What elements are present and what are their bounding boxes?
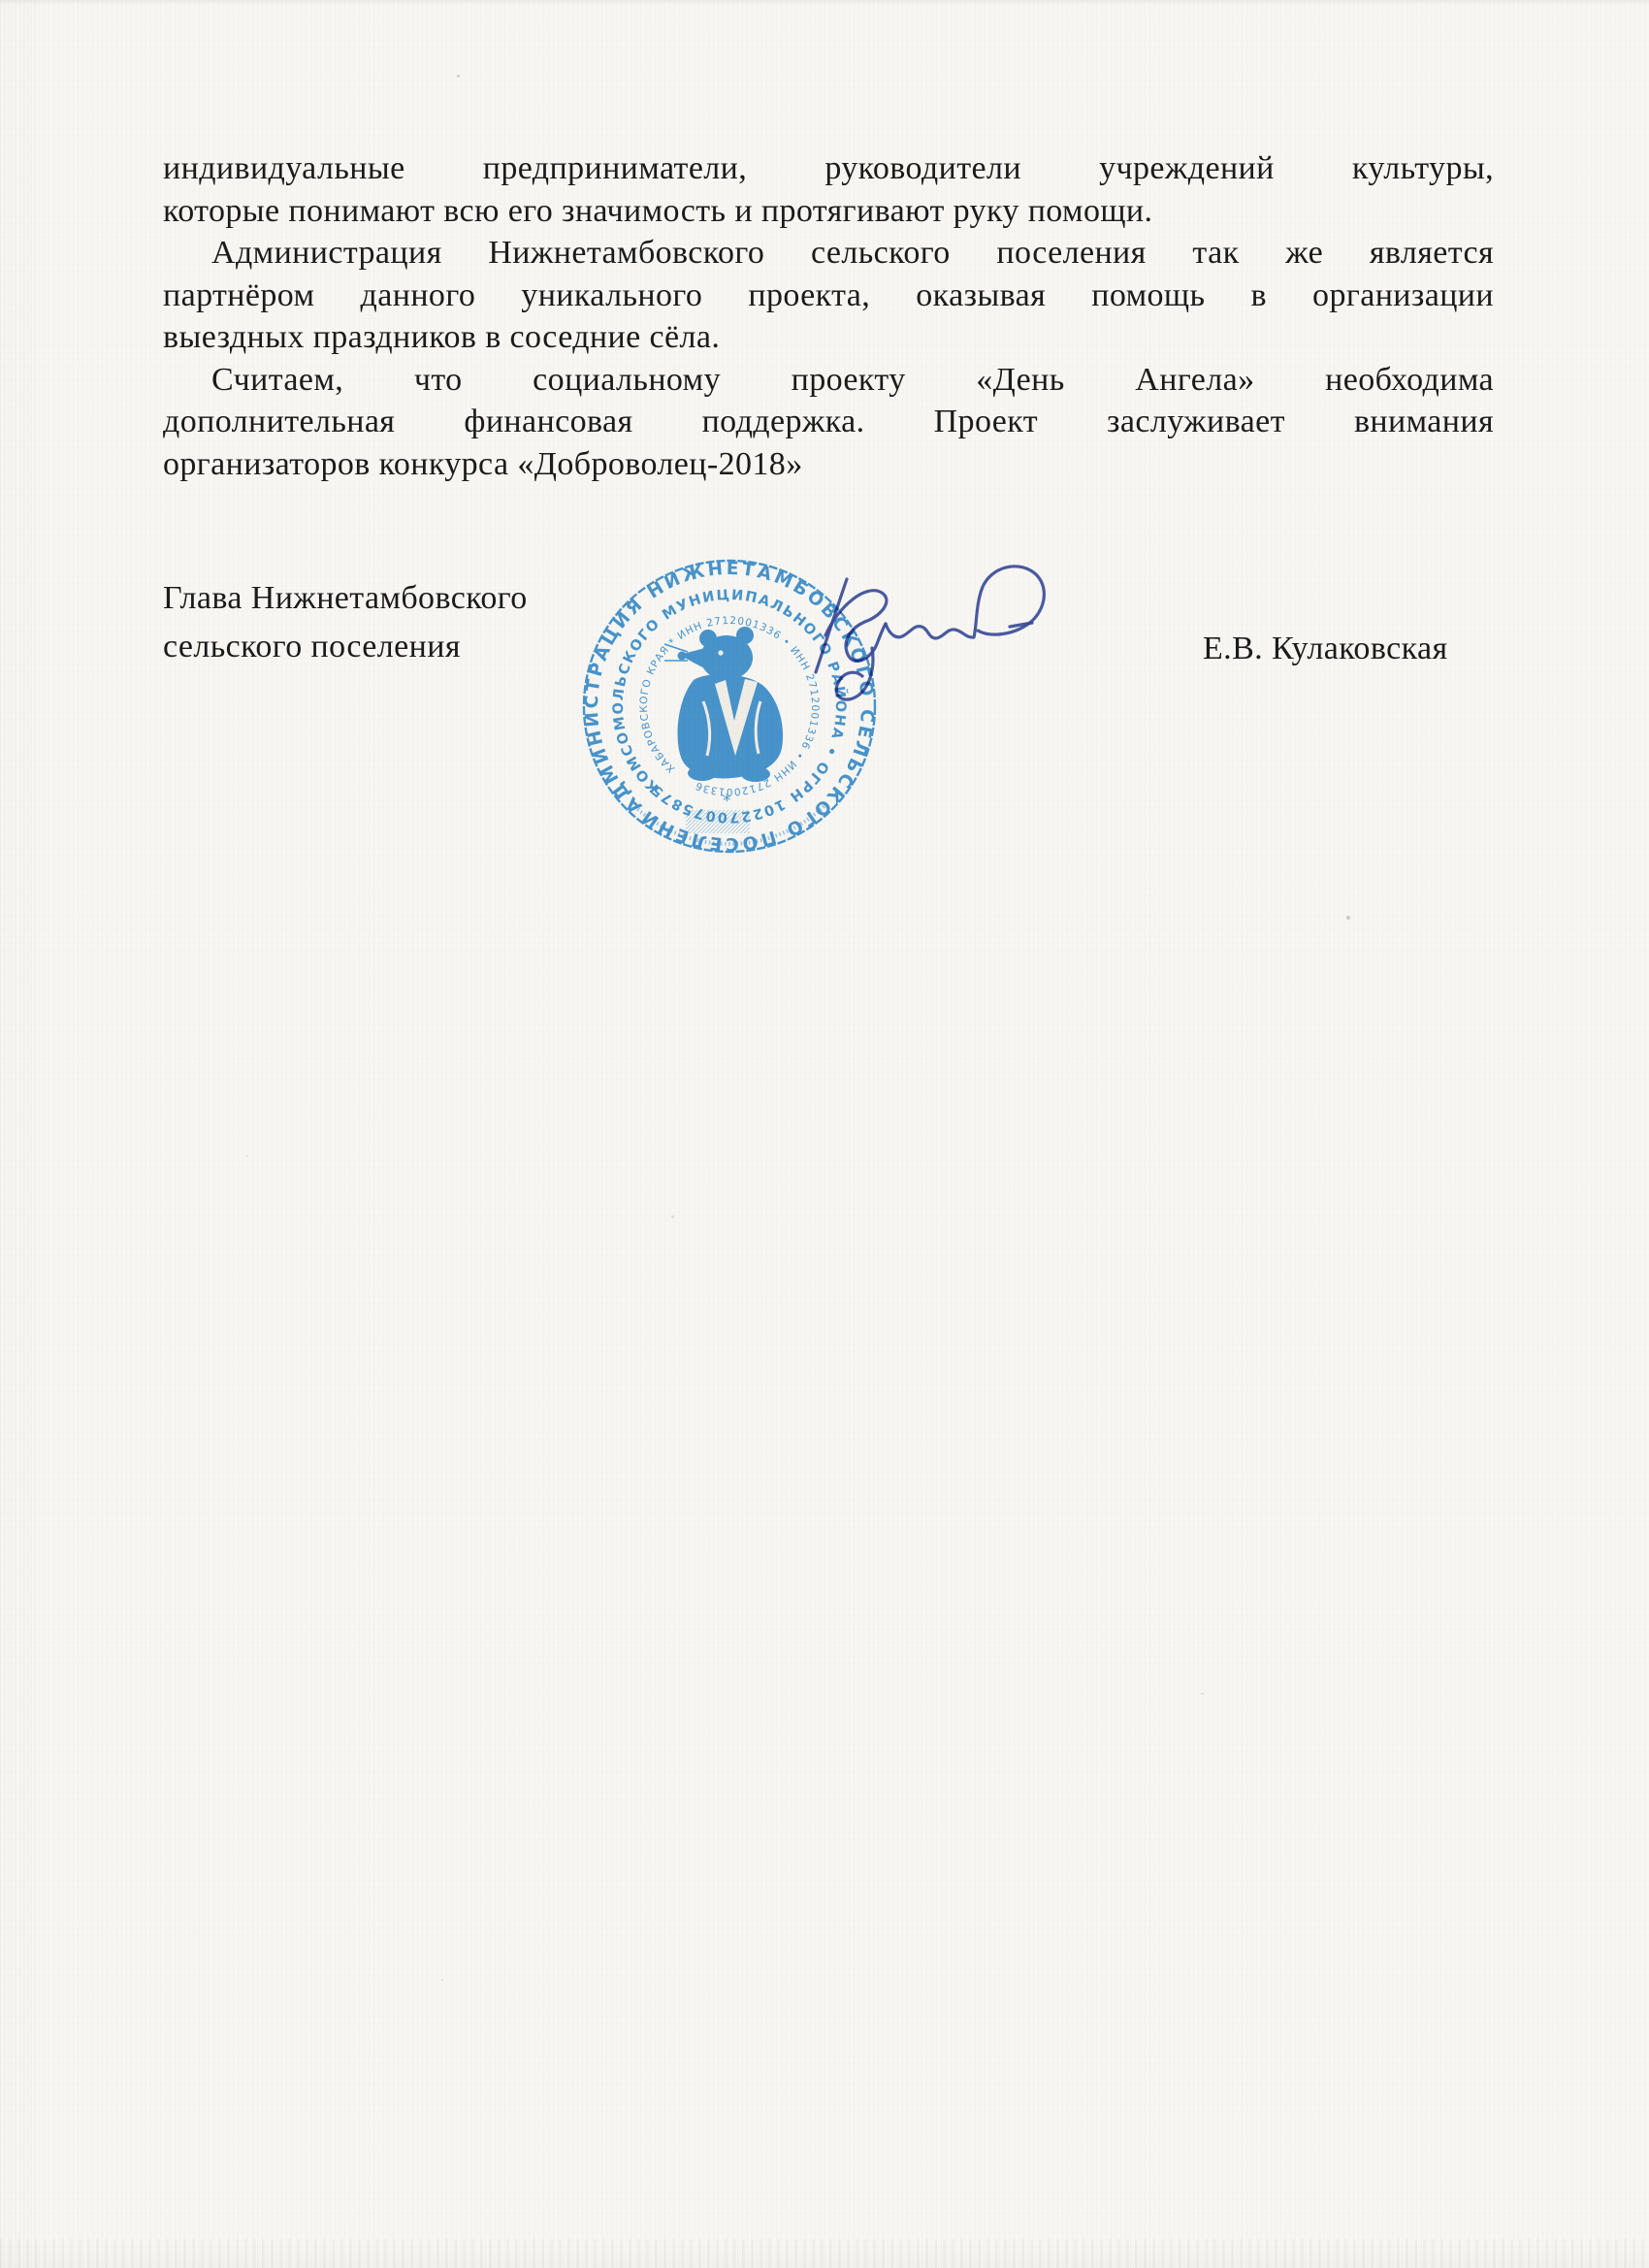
signer-name: Е.В. Кулаковская: [1203, 625, 1448, 673]
body-line: которые понимают всю его значимость и пр…: [163, 190, 1494, 233]
body-line: Администрация Нижнетамбовского сельского…: [163, 232, 1494, 275]
body-line: выездных праздников в соседние сёла.: [163, 316, 1494, 359]
handwritten-signature: [795, 553, 1086, 718]
body-line: дополнительная финансовая поддержка. Про…: [163, 401, 1494, 443]
body-line: Считаем, что социальному проекту «День А…: [163, 359, 1494, 402]
body-line: партнёром данного уникального проекта, о…: [163, 275, 1494, 317]
scan-speck: [245, 1155, 247, 1157]
signer-position-line1: Глава Нижнетамбовского: [163, 574, 528, 623]
signer-position-line2: сельского поселения: [163, 623, 528, 671]
bear-emblem-icon: [664, 627, 783, 782]
signer-position-title: Глава Нижнетамбовского сельского поселен…: [163, 574, 528, 671]
scan-edge-top: [0, 0, 1649, 5]
scan-edge-bottom: [0, 2239, 1649, 2268]
stamp-hatch-box: [686, 810, 750, 833]
scan-edge-left: [0, 0, 37, 2268]
stamp-bottom-star: *: [723, 792, 731, 811]
body-line: организаторов конкурса «Доброволец-2018»: [163, 443, 1494, 486]
scan-speck: [441, 1979, 443, 1981]
scan-speck: [671, 1215, 674, 1218]
scanned-document-page: индивидуальные предприниматели, руководи…: [0, 0, 1649, 2268]
document-body: индивидуальные предприниматели, руководи…: [163, 147, 1494, 485]
body-line: индивидуальные предприниматели, руководи…: [163, 147, 1494, 190]
scan-speck: [1346, 916, 1350, 920]
scan-speck: [1201, 1693, 1204, 1695]
scan-speck: [457, 75, 460, 78]
